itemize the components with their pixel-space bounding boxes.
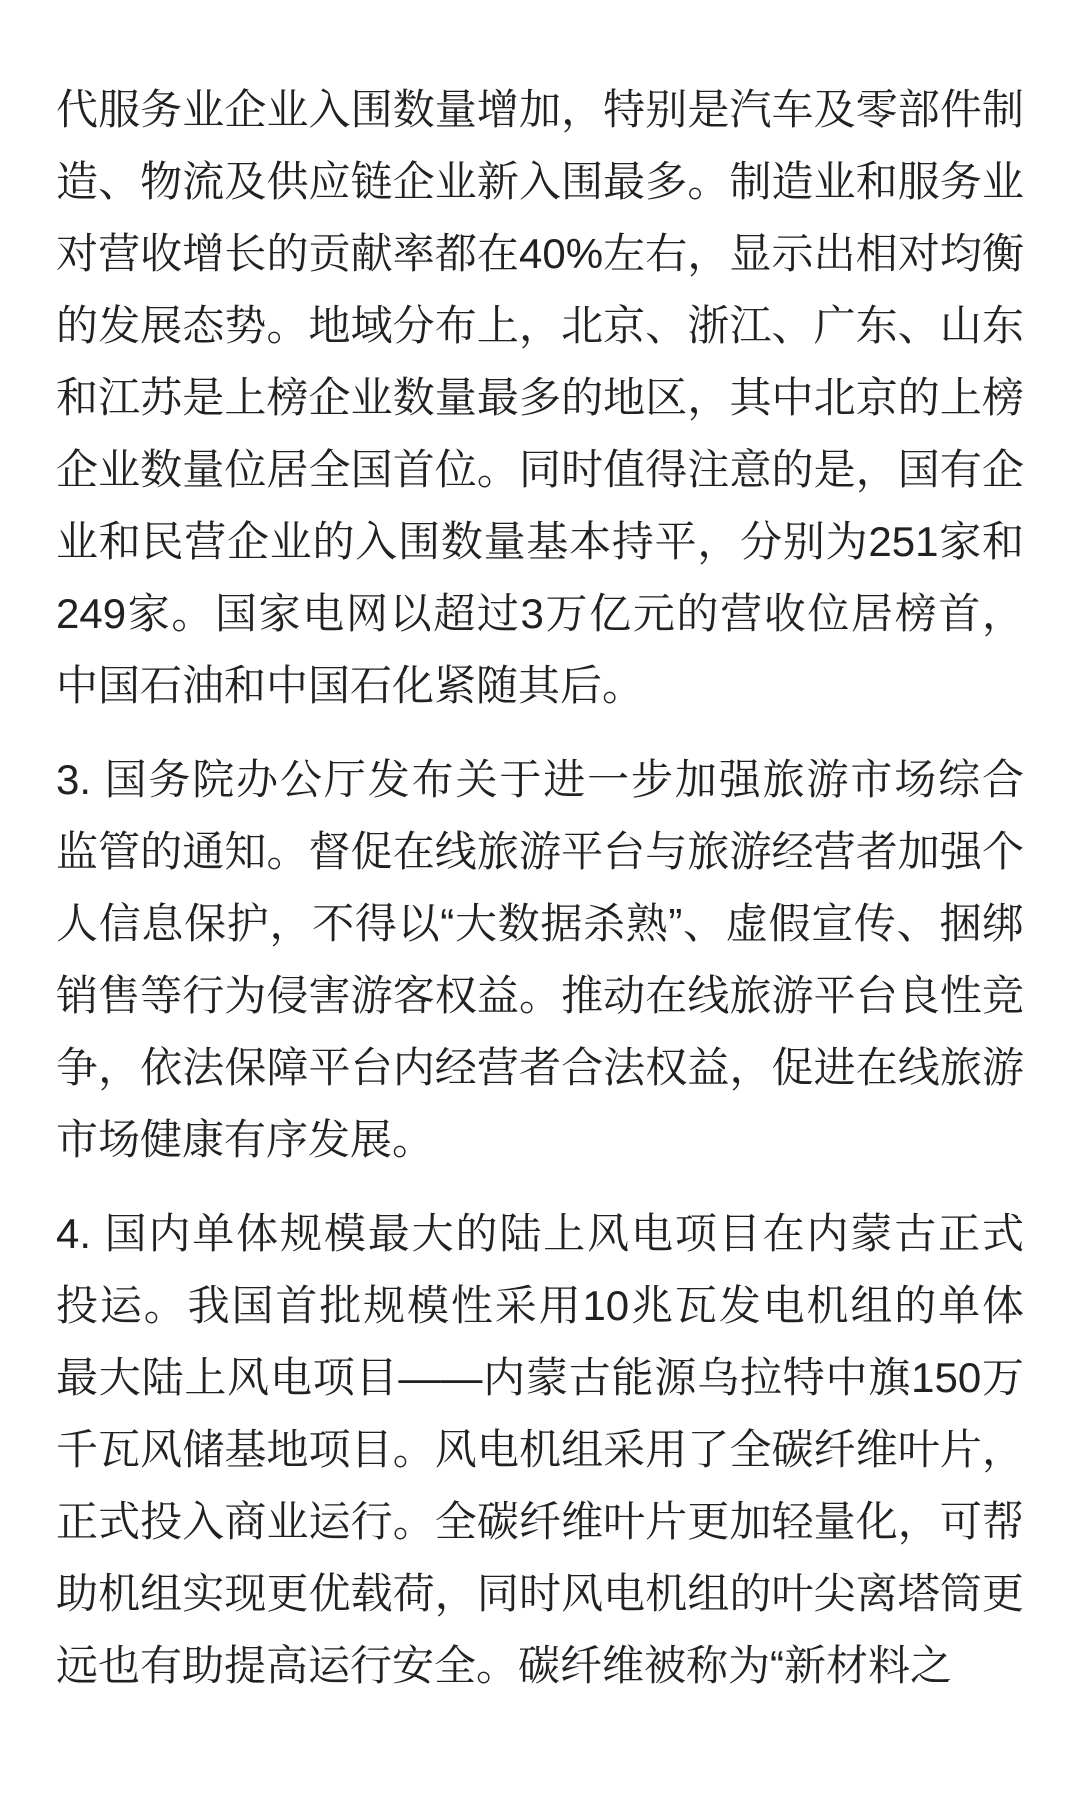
article-body: 代服务业企业入围数量增加，特别是汽车及零部件制造、物流及供应链企业新入围最多。制… xyxy=(0,0,1080,1800)
page: { "page": { "background_color": "#ffffff… xyxy=(0,0,1080,1800)
paragraph-item-4-wind-power-project: 4. 国内单体规模最大的陆上风电项目在内蒙古正式投运。我国首批规模性采用10兆瓦… xyxy=(56,1198,1024,1702)
paragraph-company-list-analysis: 代服务业企业入围数量增加，特别是汽车及零部件制造、物流及供应链企业新入围最多。制… xyxy=(56,74,1024,722)
paragraph-item-3-tourism-regulation: 3. 国务院办公厅发布关于进一步加强旅游市场综合监管的通知。督促在线旅游平台与旅… xyxy=(56,744,1024,1176)
